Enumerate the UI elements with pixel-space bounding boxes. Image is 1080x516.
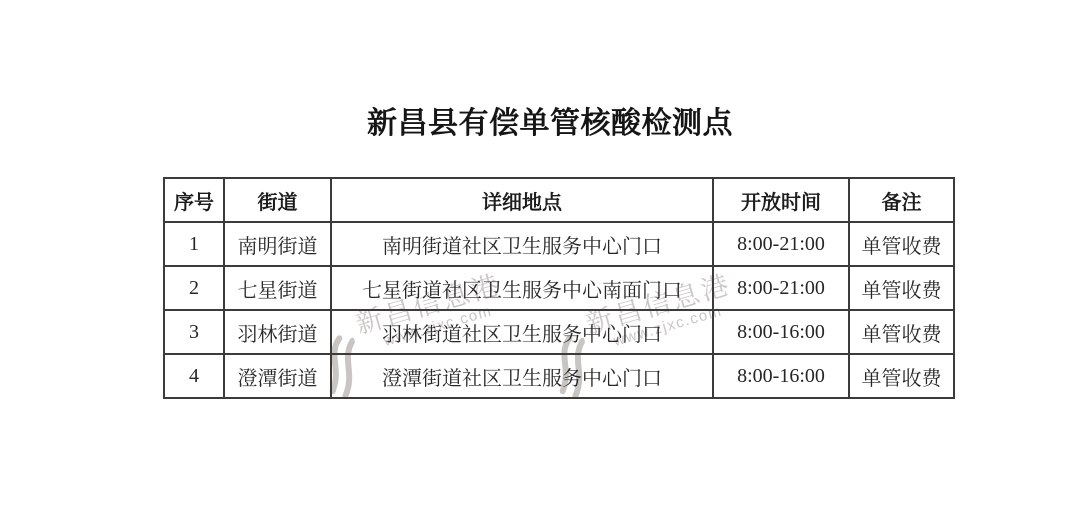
cell-note: 单管收费 <box>849 266 954 310</box>
page-title: 新昌县有偿单管核酸检测点 <box>145 98 955 142</box>
column-header-hours: 开放时间 <box>713 178 849 222</box>
page: { "page": { "background": "#ffffff", "bo… <box>0 0 1080 516</box>
column-header-index: 序号 <box>164 178 224 222</box>
cell-address: 南明街道社区卫生服务中心门口 <box>331 222 713 266</box>
cell-hours: 8:00-16:00 <box>713 310 849 354</box>
cell-street: 澄潭街道 <box>224 354 331 398</box>
cell-address: 七星街道社区卫生服务中心南面门口 <box>331 266 713 310</box>
table-row: 3 羽林街道 羽林街道社区卫生服务中心门口 8:00-16:00 单管收费 <box>164 310 954 354</box>
column-header-address: 详细地点 <box>331 178 713 222</box>
testing-points-table: 序号 街道 详细地点 开放时间 备注 1 南明街道 南明街道社区卫生服务中心门口… <box>163 177 955 399</box>
table-header-row: 序号 街道 详细地点 开放时间 备注 <box>164 178 954 222</box>
cell-hours: 8:00-21:00 <box>713 266 849 310</box>
cell-index: 1 <box>164 222 224 266</box>
cell-index: 3 <box>164 310 224 354</box>
table-row: 1 南明街道 南明街道社区卫生服务中心门口 8:00-21:00 单管收费 <box>164 222 954 266</box>
cell-index: 4 <box>164 354 224 398</box>
cell-hours: 8:00-21:00 <box>713 222 849 266</box>
cell-address: 羽林街道社区卫生服务中心门口 <box>331 310 713 354</box>
table-row: 2 七星街道 七星街道社区卫生服务中心南面门口 8:00-21:00 单管收费 <box>164 266 954 310</box>
column-header-note: 备注 <box>849 178 954 222</box>
column-header-street: 街道 <box>224 178 331 222</box>
cell-address: 澄潭街道社区卫生服务中心门口 <box>331 354 713 398</box>
cell-street: 七星街道 <box>224 266 331 310</box>
cell-street: 羽林街道 <box>224 310 331 354</box>
table-row: 4 澄潭街道 澄潭街道社区卫生服务中心门口 8:00-16:00 单管收费 <box>164 354 954 398</box>
cell-note: 单管收费 <box>849 310 954 354</box>
cell-note: 单管收费 <box>849 354 954 398</box>
table-container: 序号 街道 详细地点 开放时间 备注 1 南明街道 南明街道社区卫生服务中心门口… <box>163 177 955 399</box>
cell-note: 单管收费 <box>849 222 954 266</box>
cell-street: 南明街道 <box>224 222 331 266</box>
cell-index: 2 <box>164 266 224 310</box>
cell-hours: 8:00-16:00 <box>713 354 849 398</box>
